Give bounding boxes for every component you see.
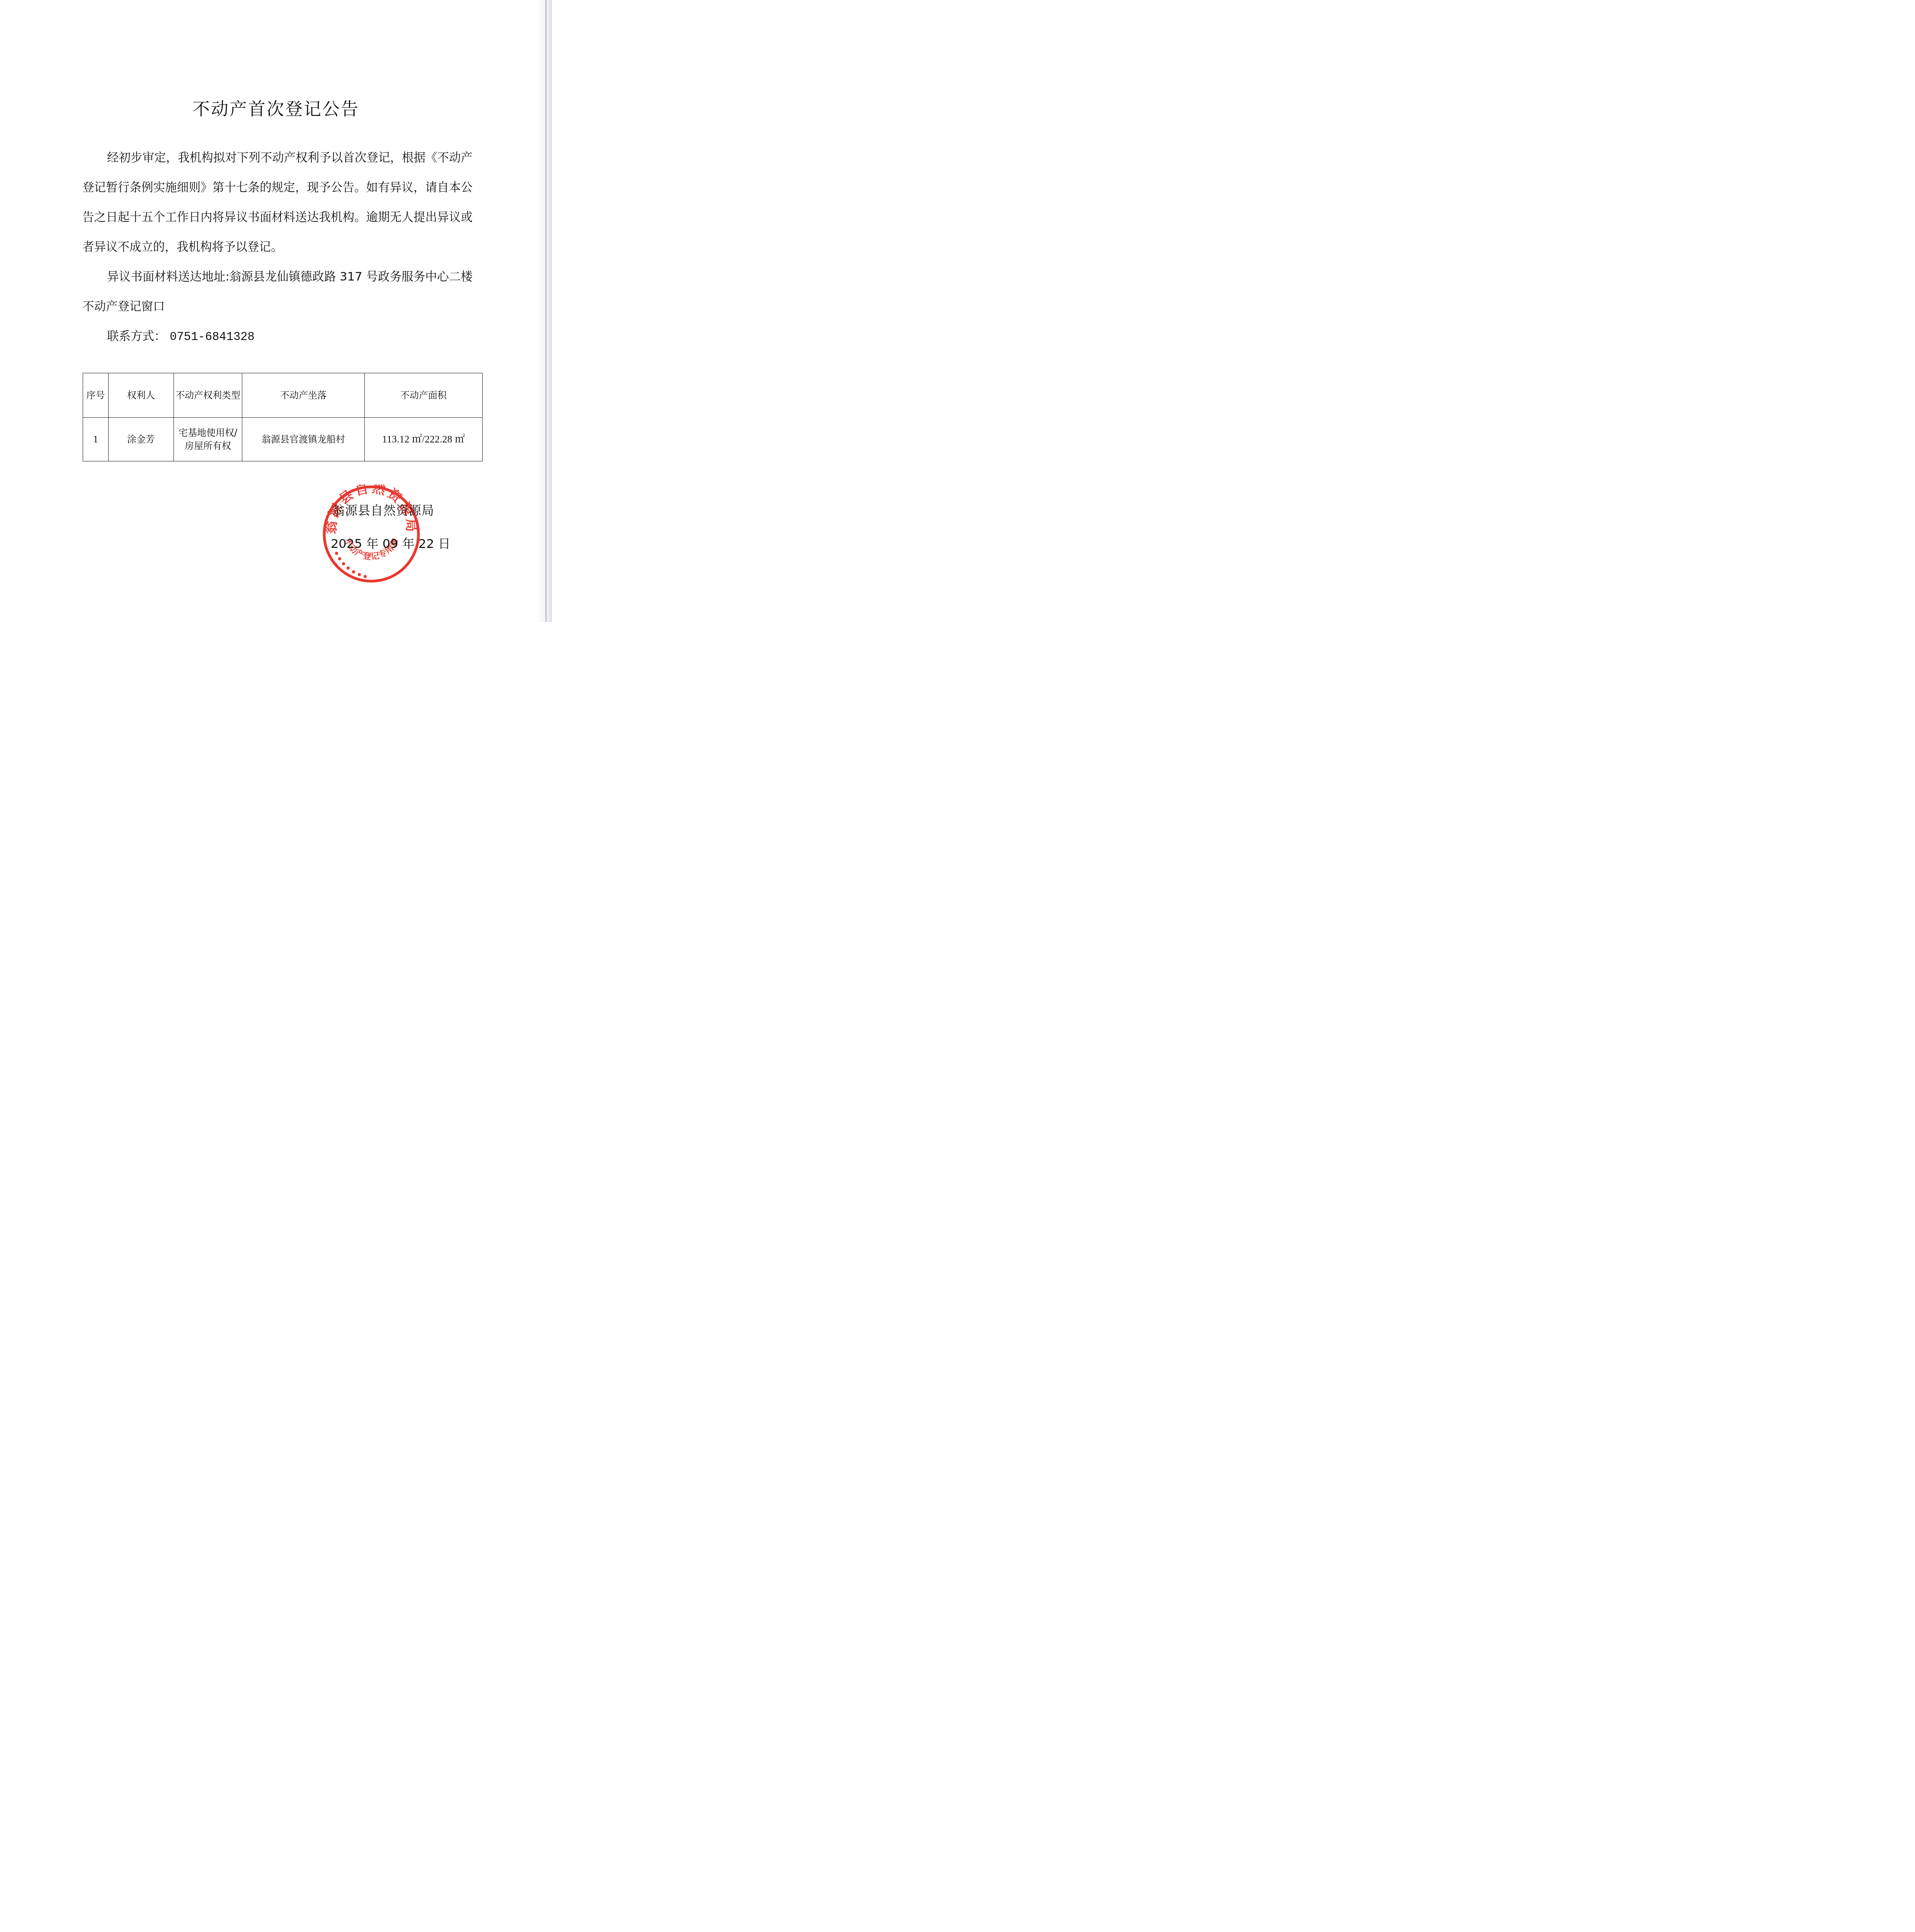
address-paragraph: 异议书面材料送达地址:翁源县龙仙镇德政路 317 号政务服务中心二楼不动产登记窗… xyxy=(82,262,473,321)
document-title: 不动产首次登记公告 xyxy=(0,95,552,120)
header-index: 序号 xyxy=(83,373,109,418)
cell-index: 1 xyxy=(83,418,109,461)
header-location: 不动产坐落 xyxy=(242,373,365,418)
page-edge-line xyxy=(546,0,546,622)
document-body: 经初步审定，我机构拟对下列不动产权利予以首次登记，根据《不动产登记暂行条例实施细… xyxy=(82,143,473,352)
registration-table: 序号 权利人 不动产权利类型 不动产坐落 不动产面积 1 涂金芳 宅基地使用权/… xyxy=(83,373,483,461)
header-area: 不动产面积 xyxy=(365,373,483,418)
cell-location: 翁源县官渡镇龙船村 xyxy=(242,418,365,461)
notice-paragraph: 经初步审定，我机构拟对下列不动产权利予以首次登记，根据《不动产登记暂行条例实施细… xyxy=(82,143,473,262)
contact-line: 联系方式： 0751-6841328 xyxy=(82,321,473,352)
contact-phone: 0751-6841328 xyxy=(170,331,255,344)
header-holder: 权利人 xyxy=(109,373,174,418)
header-right-type: 不动产权利类型 xyxy=(174,373,242,418)
cell-area: 113.12 ㎡/222.28 ㎡ xyxy=(365,418,483,461)
issue-date: 2025 年 09 年 22 日 xyxy=(331,534,451,552)
page-edge-shadow xyxy=(536,0,552,622)
table-header-row: 序号 权利人 不动产权利类型 不动产坐落 不动产面积 xyxy=(83,373,483,418)
table-row: 1 涂金芳 宅基地使用权/房屋所有权 翁源县官渡镇龙船村 113.12 ㎡/22… xyxy=(83,418,483,461)
issuing-organization: 翁源县自然资源局 xyxy=(332,501,434,519)
cell-holder: 涂金芳 xyxy=(109,418,174,461)
cell-right-type: 宅基地使用权/房屋所有权 xyxy=(174,418,242,461)
contact-label: 联系方式： xyxy=(107,330,166,343)
